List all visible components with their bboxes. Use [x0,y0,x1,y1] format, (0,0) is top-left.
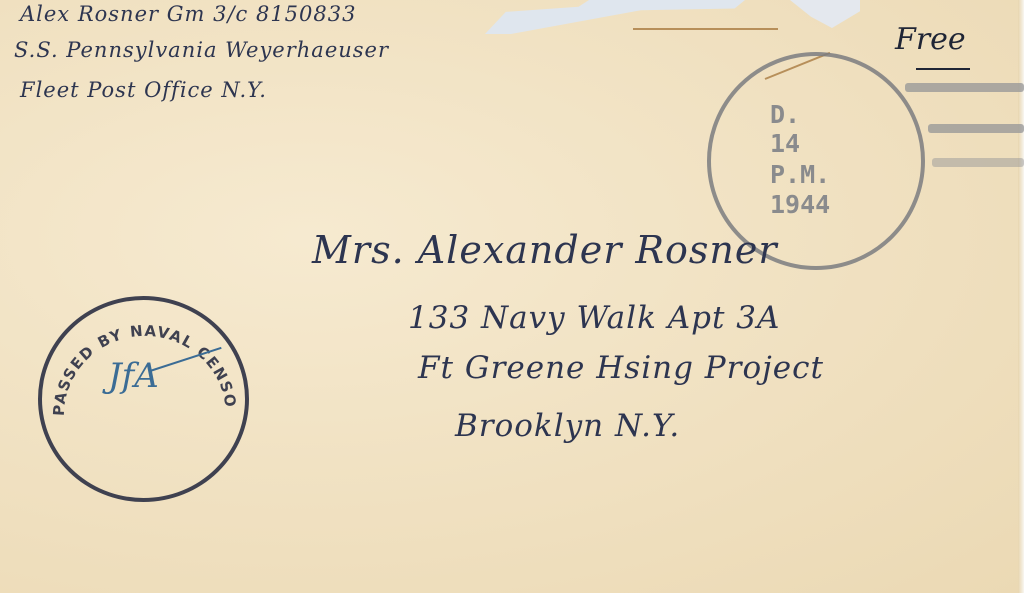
cancellation-bar [905,83,1024,92]
free-postage-note: Free [895,22,966,57]
recipient-city: Brooklyn N.Y. [455,408,680,444]
return-address-line-1: Alex Rosner Gm 3/c 8150833 [20,2,357,26]
return-address-line-3: Fleet Post Office N.Y. [20,78,267,102]
censor-initials: JfA [108,356,159,396]
censor-ring-text: PASSED BY NAVAL CENSOR [38,296,249,502]
recipient-street: 133 Navy Walk Apt 3A [408,300,780,336]
cancellation-bar [928,124,1024,133]
postmark-day: 14 [770,129,800,158]
return-address-line-2: S.S. Pennsylvania Weyerhaeuser [14,38,389,62]
postmark-year: 1944 [770,190,830,219]
postmark-month: D. [770,100,800,129]
envelope: Alex Rosner Gm 3/c 8150833 S.S. Pennsylv… [0,0,1024,593]
naval-censor-stamp: PASSED BY NAVAL CENSOR [38,296,249,502]
torn-corner [790,0,860,28]
recipient-project: Ft Greene Hsing Project [418,350,824,386]
flap-fold-line [633,28,778,30]
free-underline [916,68,970,70]
recipient-name: Mrs. Alexander Rosner [312,228,778,272]
postmark-time: P.M. [770,160,830,189]
cancellation-bar [932,158,1024,167]
